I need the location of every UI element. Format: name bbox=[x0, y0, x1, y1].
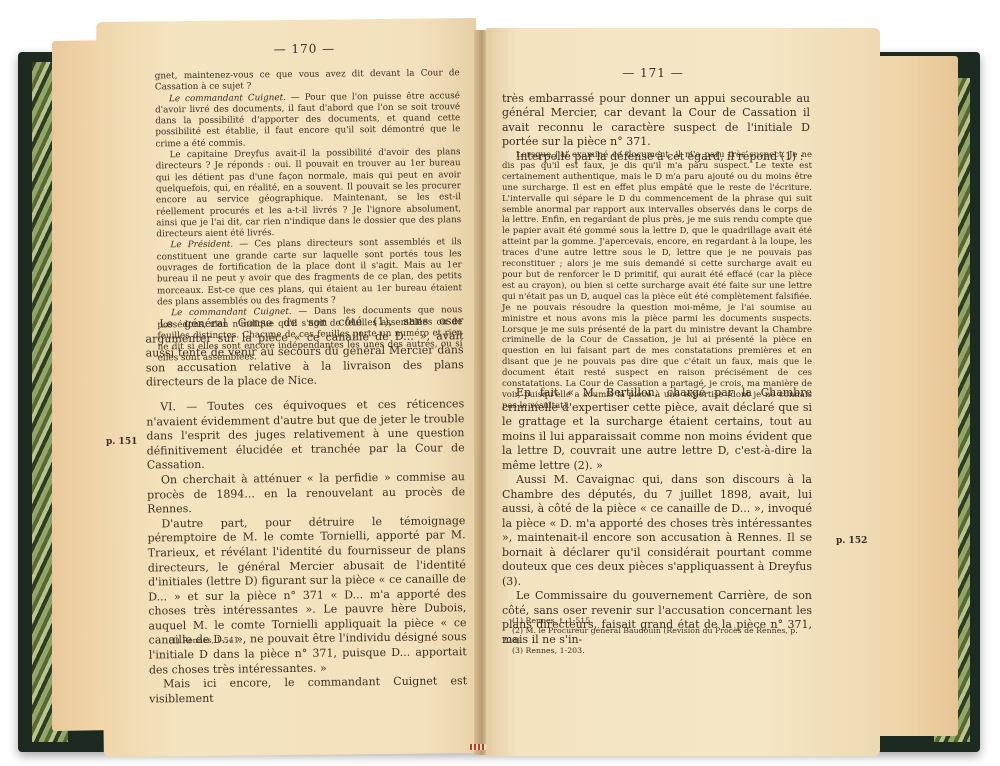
paragraph: En fait « M. Bertillon, chargé par la Ch… bbox=[502, 386, 812, 473]
paragraph: Mais ici encore, le commandant Cuignet e… bbox=[149, 674, 467, 707]
footnotes-right: (1) Rennes, t. 1-515. (2) M. le Procureu… bbox=[502, 616, 812, 656]
quote-line: Le capitaine Dreyfus avait-il la possibi… bbox=[156, 147, 462, 241]
paragraph: Aussi M. Cavaignac qui, dans son discour… bbox=[502, 473, 812, 589]
margin-note-right: p. 152 bbox=[836, 536, 867, 546]
right-page: — 171 — très embarrassé pour donner un a… bbox=[486, 28, 880, 756]
quote-line: Le Président. — Ces plans directeurs son… bbox=[156, 238, 462, 309]
page-number-left: — 170 — bbox=[114, 40, 494, 58]
page-number-right: — 171 — bbox=[456, 66, 850, 80]
footnote: (2) M. le Procureur général Baudouin (Re… bbox=[502, 626, 812, 646]
paragraph: très embarrassé pour donner un appui sec… bbox=[502, 92, 810, 150]
quote-line: gnet, maintenez-vous ce que vous avez di… bbox=[155, 68, 460, 94]
paragraph: Le général Gonse de son côté (1), sans o… bbox=[145, 314, 464, 390]
footnote: (1) Rennes, t. 1-515. bbox=[502, 616, 812, 626]
speaker-name: Le commandant Cuignet. bbox=[169, 93, 286, 104]
quote-paragraph: Lorsque j'ai examiné ce document, il m'a… bbox=[502, 150, 812, 412]
margin-note-left: p. 151 bbox=[106, 437, 137, 447]
quote-line: Le commandant Cuignet. — Pour que l'on p… bbox=[155, 91, 461, 151]
quote-text: Le capitaine Dreyfus avait-il la possibi… bbox=[156, 147, 462, 239]
paragraph: On cherchait à atténuer « la perfidie » … bbox=[147, 470, 465, 517]
body-text-left: Le général Gonse de son côté (1), sans o… bbox=[145, 314, 467, 707]
speaker-name: Le Président. bbox=[170, 240, 233, 251]
testimony-quote: Lorsque j'ai examiné ce document, il m'a… bbox=[502, 150, 812, 412]
footnote: (3) Rennes, 1-203. bbox=[502, 646, 812, 656]
left-page: — 170 — gnet, maintenez-vous ce que vous… bbox=[96, 18, 484, 757]
paragraph: D'autre part, pour détruire le témoignag… bbox=[147, 514, 467, 678]
quote-text: gnet, maintenez-vous ce que vous avez di… bbox=[155, 68, 460, 92]
paragraph: VI. — Toutes ces équivoques et ces rétic… bbox=[146, 397, 465, 473]
body-text-right-bottom: En fait « M. Bertillon, chargé par la Ch… bbox=[502, 386, 812, 647]
